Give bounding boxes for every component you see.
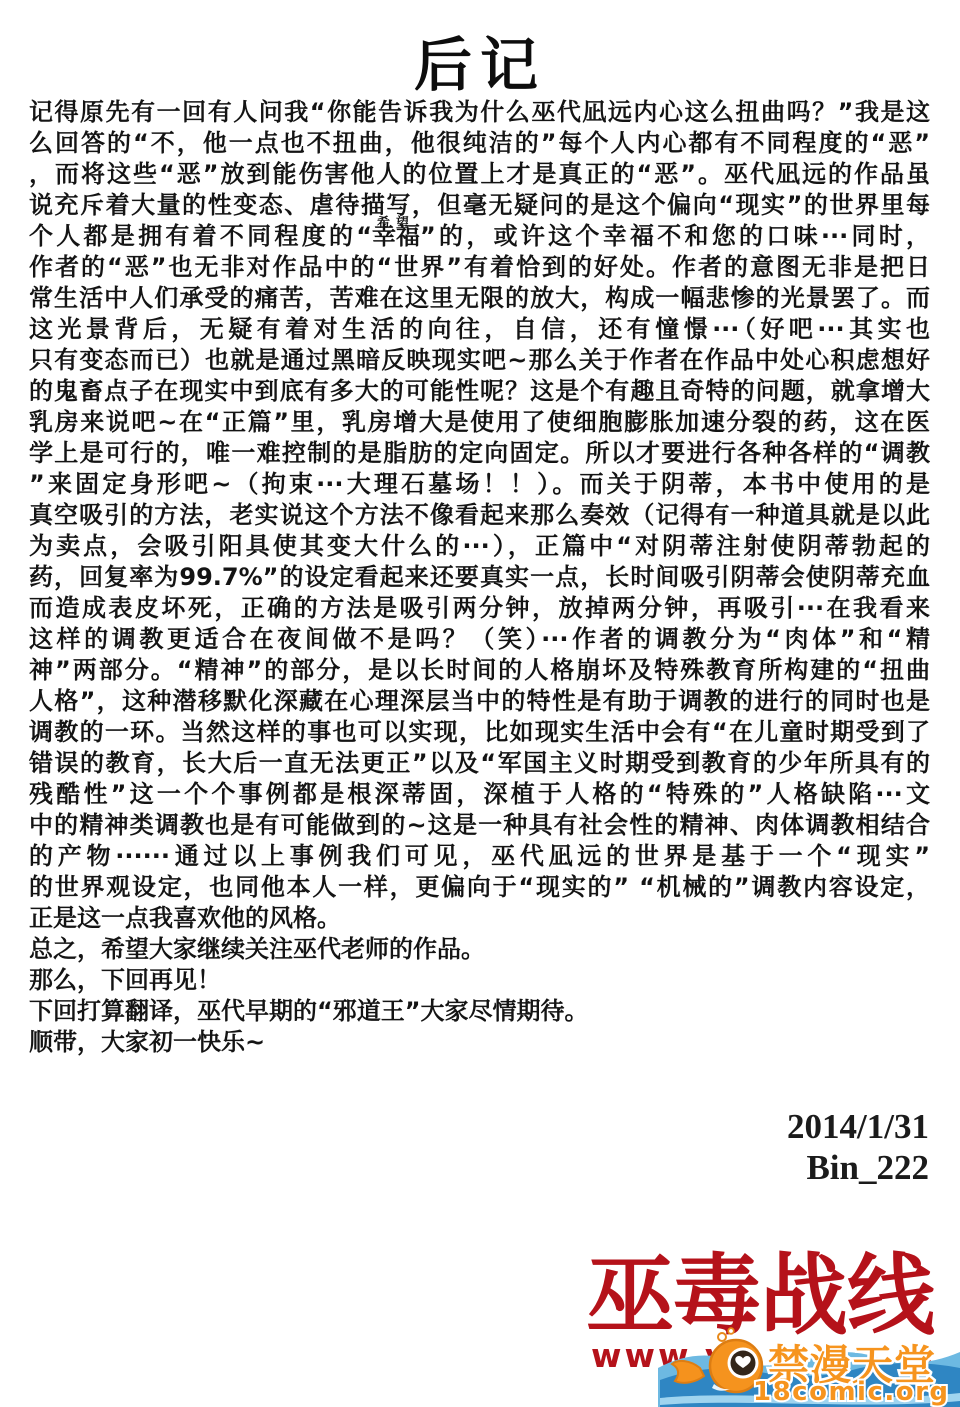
watermark-site-domain: 18comic.org: [753, 1377, 950, 1407]
text-line: 这光景背后，无疑有着对生活的向往，自信，还有憧憬···（好吧···其实也: [29, 314, 930, 345]
text-line: ，而将这些“恶”放到能伤害他人的位置上才是真正的“恶”。巫代凪远的作品虽: [29, 159, 930, 190]
text-line: 只有变态而已）也就是通过黑暗反映现实吧~那么关于作者在作品中处心积虑想好: [29, 345, 930, 376]
text-line: 真空吸引的方法，老实说这个方法不像看起来那么奏效（记得有一种道具就是以此: [29, 500, 930, 531]
text-line: 残酷性”这一个个事例都是根深蒂固，深植于人格的“特殊的”人格缺陷···文: [29, 779, 930, 810]
translator-signature: Bin_222: [787, 1147, 929, 1188]
text-line: 中的精神类调教也是有可能做到的~这是一种具有社会性的精神、肉体调教相结合: [29, 810, 930, 841]
ruby-annotation: 希望: [377, 208, 415, 239]
text-segment: 个人都是拥有着不同程度的“: [29, 222, 372, 250]
text-line: 药，回复率为99.7%”的设定看起来还要真实一点，长时间吸引阴蒂会使阴蒂充血: [29, 562, 930, 593]
text-line: 的产物······通过以上事例我们可见，巫代凪远的世界是基于一个“现实”: [29, 841, 930, 872]
text-line-with-ruby: 个人都是拥有着不同程度的“希望幸福”的，或许这个幸福不和您的口味···同时，: [29, 221, 930, 252]
text-line: 常生活中人们承受的痛苦，苦难在这里无限的放大，构成一幅悲惨的光景罢了。而: [29, 283, 930, 314]
text-line: 顺带，大家初一快乐~: [29, 1027, 930, 1058]
text-line: 学上是可行的，唯一难控制的是脂肪的定向固定。所以才要进行各种各样的“调教: [29, 438, 930, 469]
text-line: 为卖点，会吸引阳具使其变大什么的···），正篇中“对阴蒂注射使阴蒂勃起的: [29, 531, 930, 562]
text-line: 么回答的“不，他一点也不扭曲，他很纯洁的”每个人内心都有不同程度的“恶”: [29, 128, 930, 159]
text-line: 乳房来说吧~在“正篇”里，乳房增大是使用了使细胞膨胀加速分裂的药，这在医: [29, 407, 930, 438]
site-watermark: 禁漫天堂 18comic.org: [650, 1300, 960, 1407]
text-line: 调教的一环。当然这样的事也可以实现，比如现实生活中会有“在儿童时期受到了: [29, 717, 930, 748]
ruby-base: 希望幸福: [372, 221, 420, 252]
text-line: 这样的调教更适合在夜间做不是吗？（笑）···作者的调教分为“肉体”和“精: [29, 624, 930, 655]
text-line: 下回打算翻译，巫代早期的“邪道王”大家尽情期待。: [29, 996, 930, 1027]
text-line: 的世界观设定，也同他本人一样，更偏向于“现实的” “机械的”调教内容设定，: [29, 872, 930, 903]
text-line: ”来固定身形吧~（拘束···大理石墓场！！）。而关于阴蒂，本书中使用的是: [29, 469, 930, 500]
page-title: 后记: [0, 18, 960, 102]
afterword-body: 记得原先有一回有人问我“你能告诉我为什么巫代凪远内心这么扭曲吗？”我是这 么回答…: [29, 97, 930, 1058]
text-line: 那么，下回再见！: [29, 965, 930, 996]
text-line: 错误的教育，长大后一直无法更正”以及“军国主义时期受到教育的少年所具有的: [29, 748, 930, 779]
text-line: 正是这一点我喜欢他的风格。: [29, 903, 930, 934]
signature-block: 2014/1/31 Bin_222: [787, 1106, 929, 1189]
text-line: 人格”，这种潜移默化深藏在心理深层当中的特性是有助于调教的进行的同时也是: [29, 686, 930, 717]
text-line: 总之，希望大家继续关注巫代老师的作品。: [29, 934, 930, 965]
text-line: 记得原先有一回有人问我“你能告诉我为什么巫代凪远内心这么扭曲吗？”我是这: [29, 97, 930, 128]
text-line: 而造成表皮坏死，正确的方法是吸引两分钟，放掉两分钟，再吸引···在我看来: [29, 593, 930, 624]
text-line: 作者的“恶”也无非对作品中的“世界”有着恰到的好处。作者的意图无非是把日: [29, 252, 930, 283]
text-line: 说充斥着大量的性变态、虐待描写，但毫无疑问的是这个偏向“现实”的世界里每: [29, 190, 930, 221]
text-segment: ”的，或许这个幸福不和您的口味···同时，: [420, 222, 930, 250]
afterword-page: 后记 记得原先有一回有人问我“你能告诉我为什么巫代凪远内心这么扭曲吗？”我是这 …: [0, 0, 960, 1407]
text-line: 神”两部分。“精神”的部分，是以长时间的人格崩坏及特殊教育所构建的“扭曲: [29, 655, 930, 686]
text-line: 的鬼畜点子在现实中到底有多大的可能性呢？这是个有趣且奇特的问题，就拿增大: [29, 376, 930, 407]
date: 2014/1/31: [787, 1106, 929, 1147]
